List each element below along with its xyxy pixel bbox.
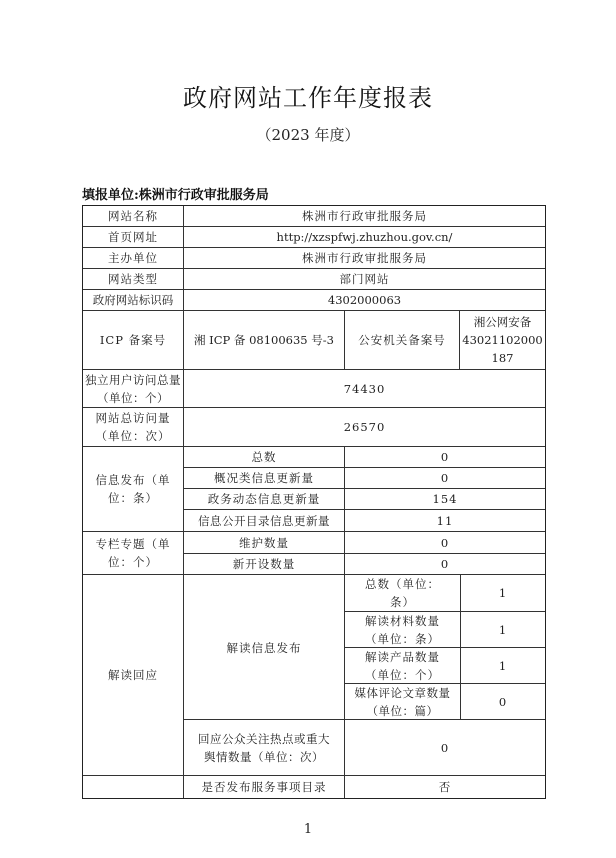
police-record-label: 公安机关备案号	[344, 310, 460, 370]
site-name-value: 株洲市行政审批服务局	[183, 205, 546, 227]
interp-total-value: 1	[460, 574, 546, 612]
site-type-label: 网站类型	[82, 268, 184, 290]
media-article-label: 媒体评论文章数量（单位：篇）	[344, 683, 461, 720]
report-title: 政府网站工作年度报表	[0, 78, 616, 113]
homepage-value: http://xzspfwj.zhuzhou.gov.cn/	[183, 226, 546, 248]
interpretation-publish-label: 解读信息发布	[183, 574, 345, 720]
reporting-unit: 填报单位:株洲市行政审批服务局	[82, 184, 269, 203]
new-opened-label: 新开设数量	[183, 553, 345, 575]
empty-cell	[82, 775, 184, 799]
media-article-value: 0	[460, 683, 546, 720]
news-update-label: 政务动态信息更新量	[183, 488, 345, 510]
icp-label: ICP 备案号	[82, 310, 184, 370]
site-code-value: 4302000063	[183, 289, 546, 311]
info-publish-label: 信息发布（单位：条）	[82, 446, 184, 532]
unique-visitors-value: 74430	[183, 369, 546, 408]
police-record-value: 湘公网安备 43021102000 187	[459, 310, 546, 370]
organizer-label: 主办单位	[82, 247, 184, 269]
overview-update-label: 概况类信息更新量	[183, 467, 345, 489]
organizer-value: 株洲市行政审批服务局	[183, 247, 546, 269]
total-visits-label: 网站总访问量（单位：次）	[82, 407, 184, 447]
maintained-value: 0	[344, 531, 546, 554]
new-opened-value: 0	[344, 553, 546, 575]
hotspot-response-value: 0	[344, 719, 546, 776]
hotspot-response-label: 回应公众关注热点或重大舆情数量（单位：次）	[183, 719, 345, 776]
site-code-label: 政府网站标识码	[82, 289, 184, 311]
page-number: 1	[0, 822, 616, 837]
interp-material-value: 1	[460, 611, 546, 648]
interp-product-value: 1	[460, 647, 546, 684]
site-name-label: 网站名称	[82, 205, 184, 227]
info-total-value: 0	[344, 446, 546, 468]
disclosure-update-value: 11	[344, 509, 546, 532]
homepage-label: 首页网址	[82, 226, 184, 248]
site-type-value: 部门网站	[183, 268, 546, 290]
special-topics-label: 专栏专题（单位：个）	[82, 531, 184, 575]
interpretation-label: 解读回应	[82, 574, 184, 776]
interp-material-label: 解读材料数量（单位：条）	[344, 611, 461, 648]
maintained-label: 维护数量	[183, 531, 345, 554]
info-total-label: 总数	[183, 446, 345, 468]
icp-value: 湘 ICP 备 08100635 号-3	[183, 310, 345, 370]
service-catalog-label: 是否发布服务事项目录	[183, 775, 345, 799]
interp-total-label: 总数（单位：条）	[344, 574, 461, 612]
service-catalog-value: 否	[344, 775, 546, 799]
total-visits-value: 26570	[183, 407, 546, 447]
report-year: （2023 年度）	[0, 124, 616, 145]
interp-product-label: 解读产品数量（单位：个）	[344, 647, 461, 684]
disclosure-update-label: 信息公开目录信息更新量	[183, 509, 345, 532]
unique-visitors-label: 独立用户访问总量（单位：个）	[82, 369, 184, 408]
news-update-value: 154	[344, 488, 546, 510]
overview-update-value: 0	[344, 467, 546, 489]
